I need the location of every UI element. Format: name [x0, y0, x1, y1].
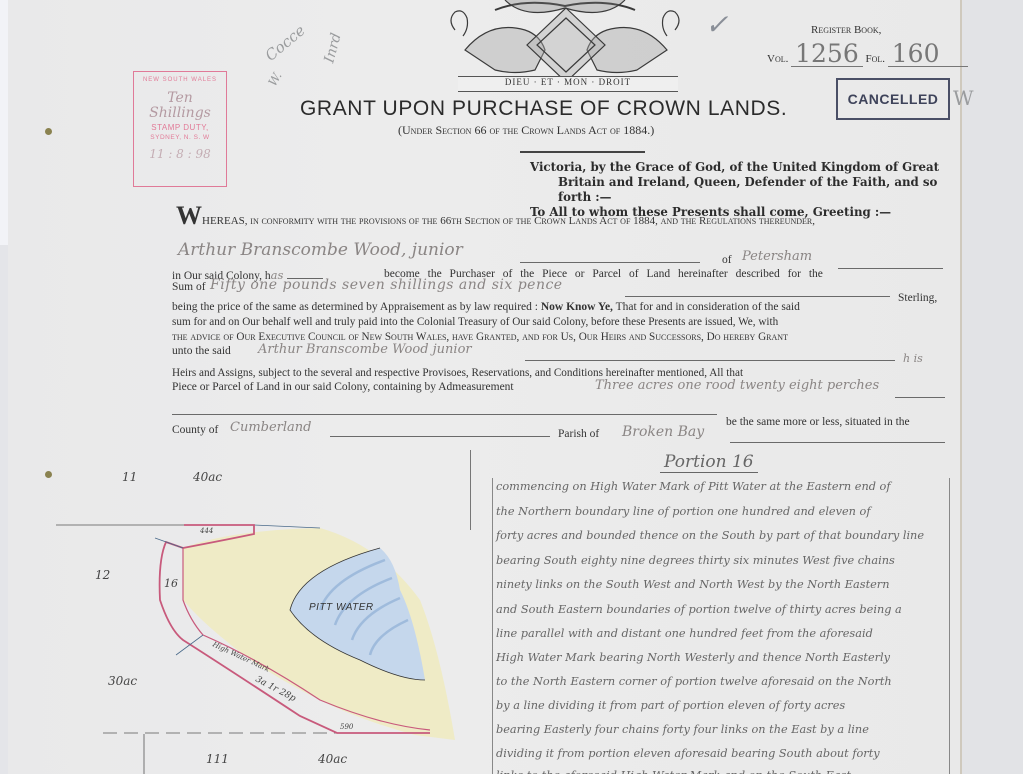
map-portion-11: 11 [122, 470, 137, 484]
whereas-clause: WHEREAS, in conformity with the provisio… [176, 206, 815, 227]
body-text: That for and in consideration of the sai… [616, 301, 800, 313]
of-label: of [722, 254, 732, 266]
map-dim-444: 444 [200, 527, 213, 535]
fol-value: 160 [888, 42, 968, 67]
fill-line [625, 296, 890, 297]
vol-label: Vol. [767, 53, 788, 65]
map-portion-111-area: 40ac [318, 752, 347, 766]
fill-line [730, 442, 945, 443]
purchaser-name: Arthur Branscombe Wood, junior [178, 240, 463, 260]
description-line: bearing Easterly four chains forty four … [496, 723, 869, 736]
grantee-name: Arthur Branscombe Wood junior [258, 342, 472, 357]
proclamation-line-2: Britain and Ireland, Queen, Defender of … [530, 175, 950, 205]
sum-value: Fifty one pounds seven shillings and six… [210, 277, 563, 293]
document-title: GRANT UPON PURCHASE OF CROWN LANDS. [300, 97, 787, 121]
stamp-location: SYDNEY, N. S. W [134, 134, 226, 141]
description-line: High Water Mark bearing North Westerly a… [496, 651, 890, 664]
residence-value: Petersham [742, 249, 812, 264]
fol-label: Fol. [865, 53, 885, 65]
now-know-ye: Now Know Ye, [541, 301, 613, 313]
fill-line [838, 268, 943, 269]
punch-hole [45, 128, 52, 135]
portion-title: Portion 16 [660, 452, 758, 473]
description-line: ninety links on the South West and North… [496, 578, 889, 591]
body-line-10: Piece or Parcel of Land in our said Colo… [172, 381, 514, 393]
description-line: bearing South eighty nine degrees thirty… [496, 554, 895, 567]
area-value: Three acres one rood twenty eight perche… [595, 378, 879, 393]
register-book-label: Register Book, [811, 24, 881, 36]
cancelled-initial: W [953, 86, 974, 110]
crest-motto-banner: DIEU · ET · MON · DROIT [458, 76, 678, 92]
description-line: line parallel with and distant one hundr… [496, 627, 873, 640]
map-portion-11-area: 40ac [193, 470, 222, 484]
fill-line [330, 436, 550, 437]
stamp-duty-box: NEW SOUTH WALES Ten Shillings STAMP DUTY… [133, 71, 227, 187]
survey-plan [0, 450, 470, 774]
stamp-amount-line2: Shillings [134, 106, 226, 121]
vol-value: 1256 [791, 42, 863, 67]
body-line-6: sum for and on Our behalf well and truly… [172, 316, 778, 328]
proclamation-line-1: Victoria, by the Grace of God, of the Un… [530, 160, 950, 175]
tail-text: be the same more or less, situated in th… [726, 416, 910, 428]
divider [520, 151, 645, 153]
description-line: and South Eastern boundaries of portion … [496, 603, 902, 616]
description-line: by a line dividing it from part of porti… [496, 699, 845, 712]
body-text: being the price of the same as determine… [172, 301, 538, 313]
map-portion-12-area: 30ac [108, 674, 137, 688]
description-line: to the North Eastern corner of portion t… [496, 675, 892, 688]
fill-line [172, 414, 717, 415]
cancelled-stamp: CANCELLED [836, 78, 950, 120]
fill-line [895, 397, 945, 398]
stamp-date: 11 : 8 : 98 [134, 147, 226, 161]
stamp-colony: NEW SOUTH WALES [134, 77, 226, 83]
body-line-5: being the price of the same as determine… [172, 301, 800, 313]
description-line: the Northern boundary line of portion on… [496, 505, 871, 518]
fill-line [525, 360, 895, 361]
document-subtitle: (Under Section 66 of the Crown Lands Act… [398, 123, 654, 138]
unto-label: unto the said [172, 345, 231, 357]
sum-label: Sum of [172, 281, 206, 293]
county-value: Cumberland [230, 420, 311, 435]
page-right-edge [960, 0, 1023, 774]
description-line: links to the aforesaid High Water Mark a… [496, 769, 851, 774]
county-label: County of [172, 424, 218, 436]
whereas-text: HEREAS, in conformity with the provision… [202, 215, 815, 227]
tick-mark-icon: ✓ [705, 8, 728, 41]
his-handwritten: h is [903, 352, 923, 365]
map-portion-111: 111 [206, 752, 229, 766]
description-line: dividing it from portion eleven aforesai… [496, 747, 880, 760]
map-water-label: PITT WATER [309, 602, 374, 613]
map-portion-12: 12 [95, 568, 110, 582]
map-dim-590: 590 [340, 723, 353, 731]
sterling-label: Sterling, [898, 292, 937, 304]
map-portion-16: 16 [164, 577, 178, 590]
drop-cap: W [176, 201, 202, 230]
description-line: commencing on High Water Mark of Pitt Wa… [496, 480, 891, 493]
parish-label: Parish of [558, 428, 599, 440]
fill-line [520, 262, 700, 263]
parish-value: Broken Bay [622, 424, 704, 440]
map-divider [470, 450, 471, 530]
stamp-amount-line1: Ten [134, 91, 226, 106]
description-line: forty acres and bounded thence on the So… [496, 529, 924, 542]
stamp-duty-label: STAMP DUTY, [134, 123, 226, 132]
